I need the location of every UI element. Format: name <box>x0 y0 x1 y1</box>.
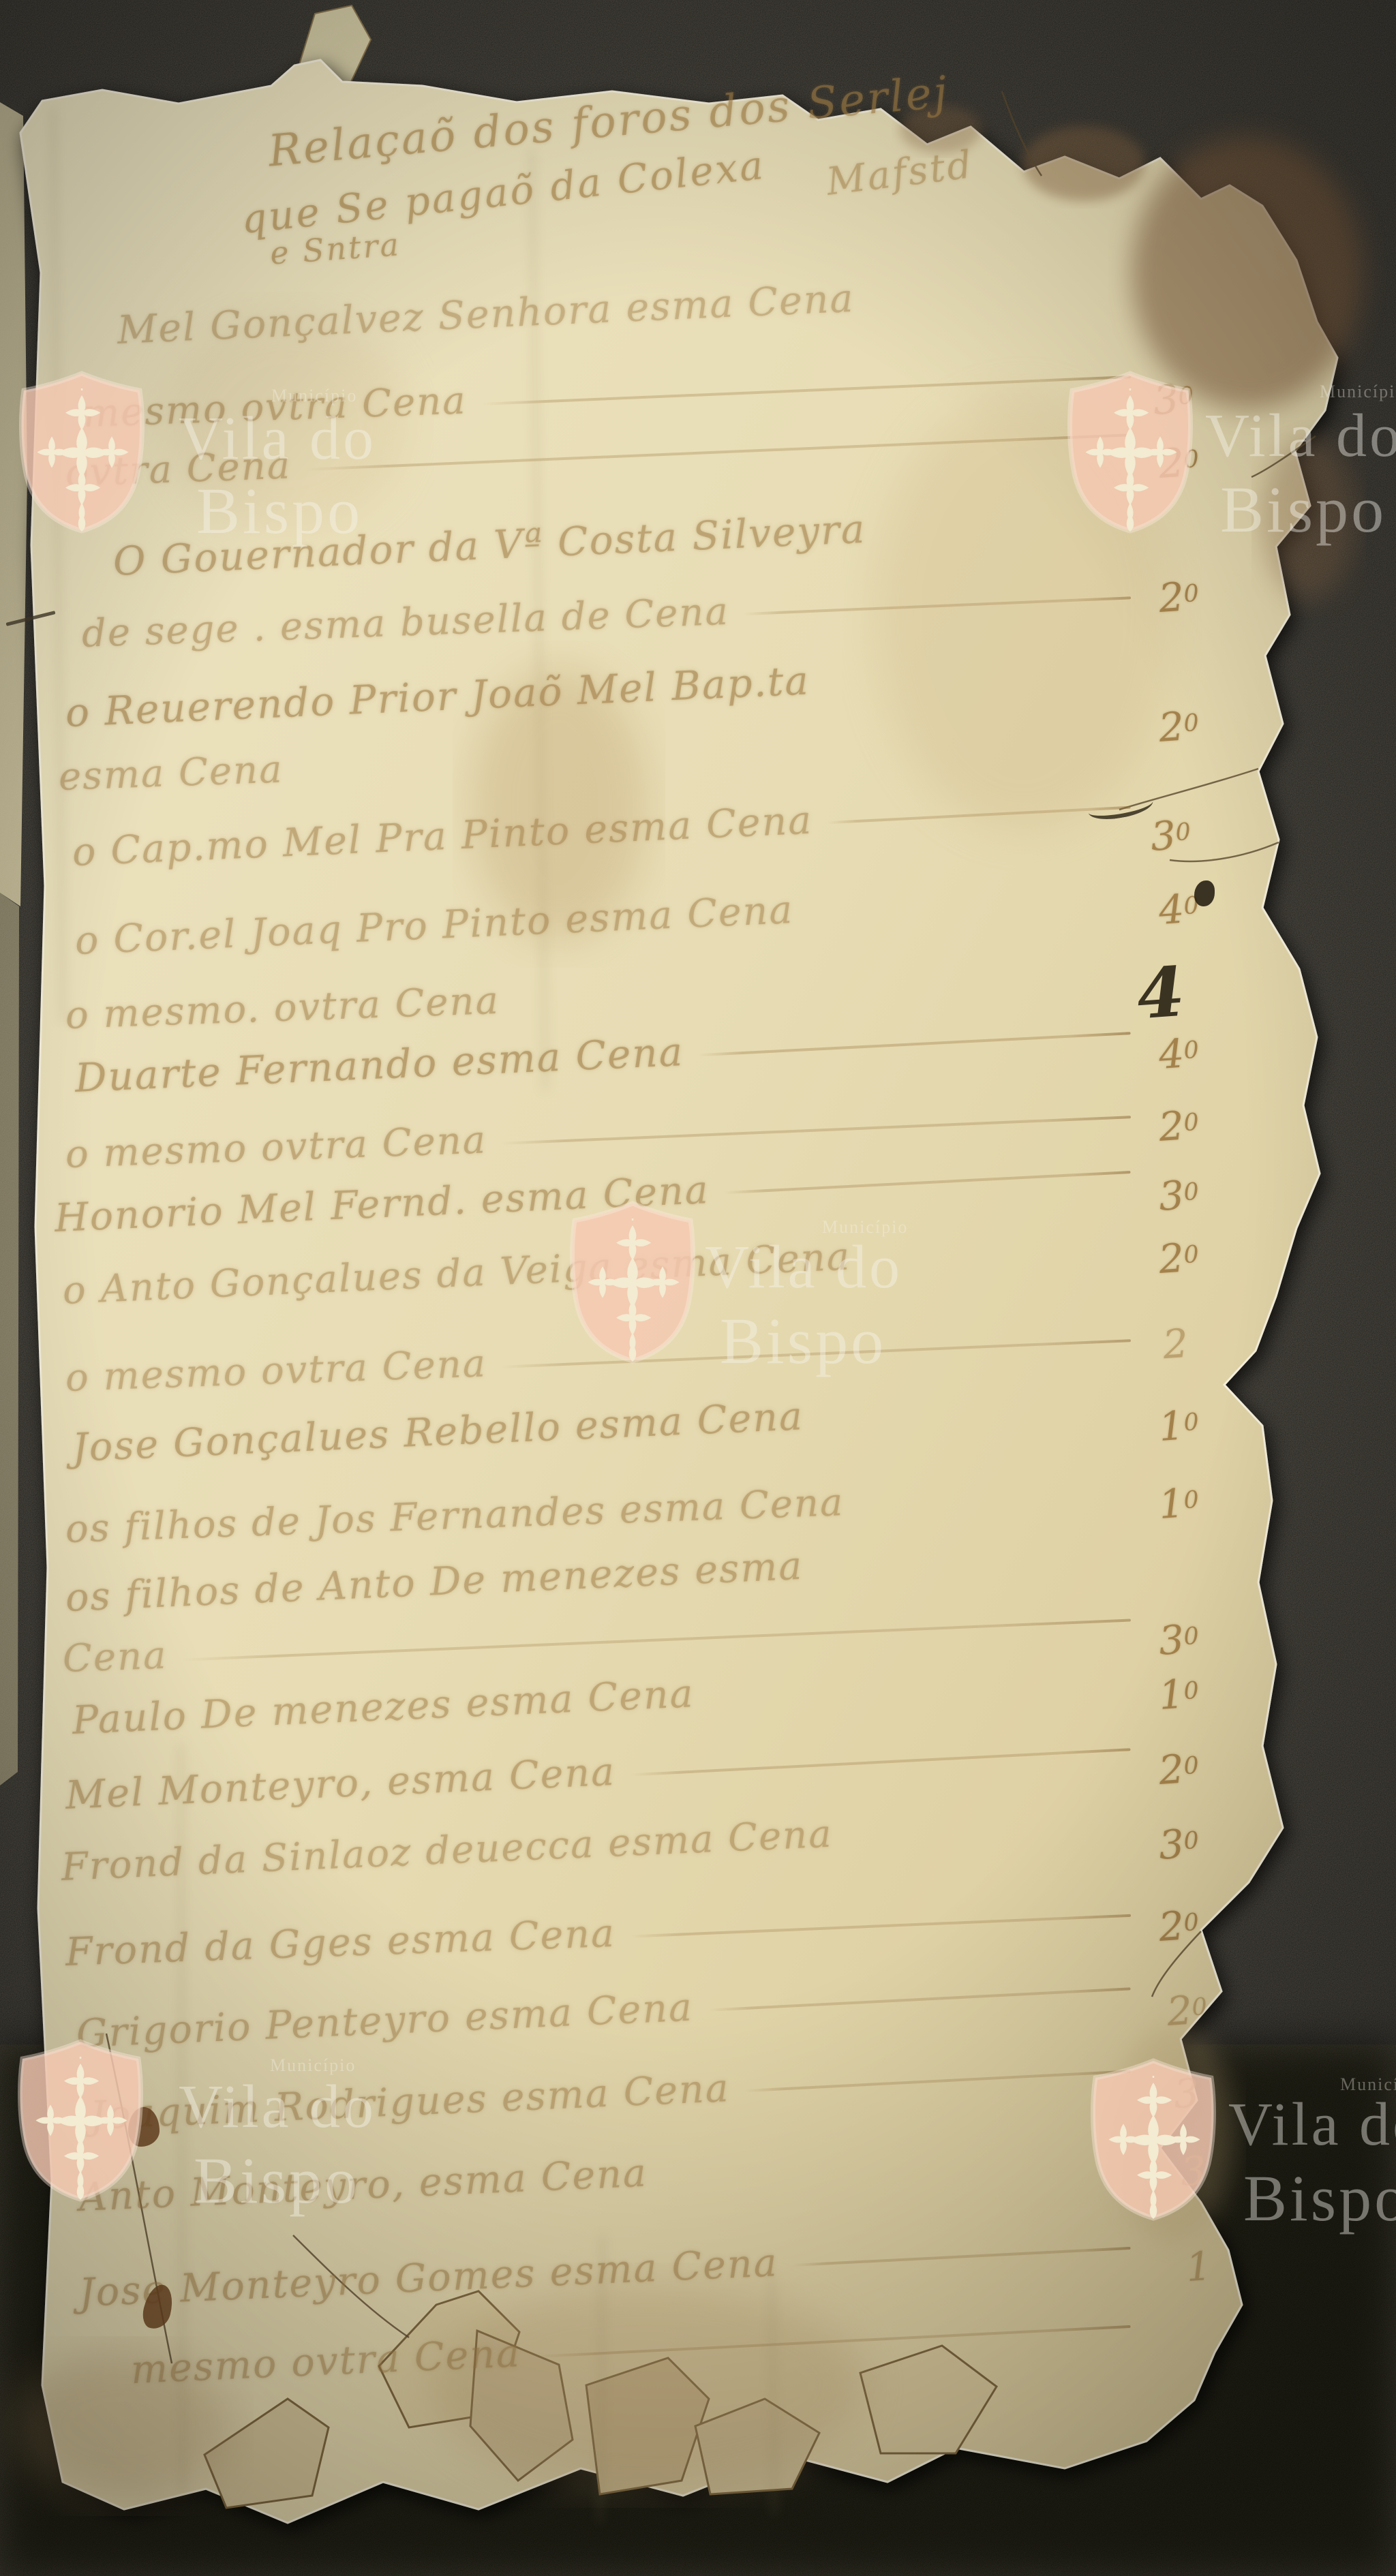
ink-dash-filler <box>482 375 1131 405</box>
amount-value: 20 <box>1157 1233 1201 1283</box>
entry-text: Cena <box>62 1634 168 1681</box>
ink-dash-filler <box>631 1748 1131 1776</box>
amount-value: 40 <box>1157 1029 1201 1078</box>
ink-dash-filler <box>725 1171 1131 1194</box>
ink-dash-filler <box>502 1116 1131 1145</box>
amount-value: 30 <box>1157 1820 1201 1869</box>
amount-value: 30 <box>1152 375 1196 424</box>
amount-value: 3 <box>1179 2147 1208 2195</box>
amount-value: 30 <box>1149 811 1193 860</box>
entry-text: ovtra Cena <box>65 443 292 495</box>
ink-dash-filler <box>745 2070 1131 2092</box>
amount-value: 20 <box>1157 1745 1201 1794</box>
amount-value: 3 <box>1172 2070 1201 2117</box>
ink-dash-filler <box>699 1032 1131 1056</box>
ink-dash-filler <box>793 2247 1130 2267</box>
amount-value: 10 <box>1157 1479 1201 1528</box>
ink-dash-filler <box>708 1987 1131 2011</box>
amount-value: 20 <box>1157 438 1201 487</box>
amount-value: 2 <box>1162 1320 1190 1368</box>
ink-dash-filler <box>502 1339 1131 1368</box>
amount-value: 20 <box>1166 1986 1209 2035</box>
amount-value: 20 <box>1157 702 1201 751</box>
amount-value: 1 <box>1185 2243 1213 2290</box>
amount-value: 20 <box>1157 1901 1201 1950</box>
entry-text: esma Cena <box>58 748 284 799</box>
manuscript-photo: Relaçaõ dos foros dos Serlej que Se paga… <box>0 0 1396 2576</box>
amount-value: 30 <box>1157 1615 1201 1664</box>
ink-dash-filler <box>828 806 1131 825</box>
amount-value: 10 <box>1157 1401 1201 1450</box>
amount-value: 10 <box>1157 1670 1201 1719</box>
amount-value: 30 <box>1157 1171 1201 1220</box>
amount-value: 20 <box>1157 1101 1201 1150</box>
ink-dash-filler <box>744 596 1131 615</box>
amount-value: 20 <box>1157 572 1201 622</box>
ink-dash-filler <box>631 1914 1131 1938</box>
amount-value: 4 <box>1134 951 1187 1035</box>
